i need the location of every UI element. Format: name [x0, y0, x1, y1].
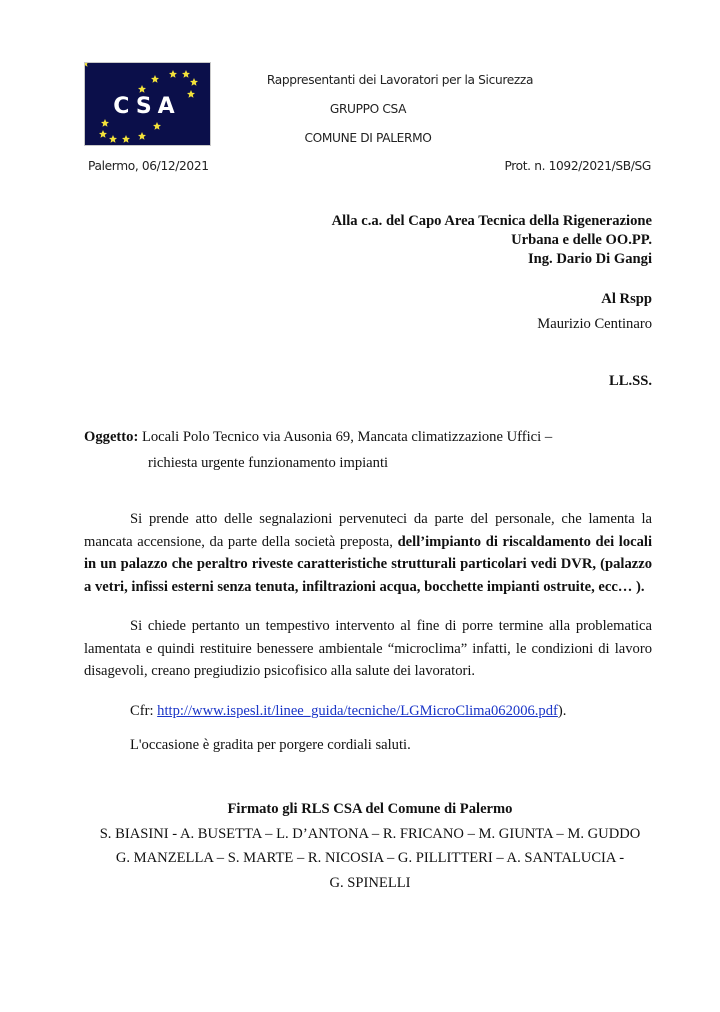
reference-link[interactable]: http://www.ispesl.it/linee_guida/tecnich…: [157, 703, 558, 719]
subject-line-2: richiesta urgente funzionamento impianti: [148, 455, 388, 472]
letterhead-line-1: Rappresentanti dei Lavoratori per la Sic…: [200, 73, 600, 87]
protocol-number: Prot. n. 1092/2021/SB/SG: [504, 159, 651, 173]
reference-line: Cfr: http://www.ispesl.it/linee_guida/te…: [130, 703, 566, 720]
body-paragraph-2: Si chiede pertanto un tempestivo interve…: [84, 615, 652, 683]
subject-line: Oggetto: Locali Polo Tecnico via Ausonia…: [84, 429, 552, 446]
recipient-line: Ing. Dario Di Gangi: [332, 250, 652, 269]
signatory-line: G. SPINELLI: [84, 871, 656, 896]
reference-suffix: ).: [558, 703, 567, 719]
signatory-line: G. MANZELLA – S. MARTE – R. NICOSIA – G.…: [84, 846, 656, 871]
place-date: Palermo, 06/12/2021: [88, 159, 209, 173]
rspp-name: Maurizio Centinaro: [537, 316, 652, 333]
body-paragraph-1: Si prende atto delle segnalazioni perven…: [84, 508, 652, 598]
recipient-line: Urbana e delle OO.PP.: [332, 231, 652, 250]
recipient-line: Alla c.a. del Capo Area Tecnica della Ri…: [332, 212, 652, 231]
signature-title: Firmato gli RLS CSA del Comune di Palerm…: [84, 797, 656, 822]
recipient-block: Alla c.a. del Capo Area Tecnica della Ri…: [332, 212, 652, 269]
signatory-line: S. BIASINI - A. BUSETTA – L. D’ANTONA – …: [84, 822, 656, 847]
subject-text: Locali Polo Tecnico via Ausonia 69, Manc…: [138, 429, 552, 445]
subject-label: Oggetto:: [84, 429, 138, 445]
closing-line: L'occasione è gradita per porgere cordia…: [130, 737, 411, 754]
llss-label: LL.SS.: [609, 373, 652, 390]
signature-block: Firmato gli RLS CSA del Comune di Palerm…: [84, 797, 656, 895]
letterhead-line-2: GRUPPO CSA: [168, 102, 568, 116]
rspp-title: Al Rspp: [601, 291, 652, 308]
reference-label: Cfr:: [130, 703, 157, 719]
letterhead-line-3: COMUNE DI PALERMO: [168, 131, 568, 145]
